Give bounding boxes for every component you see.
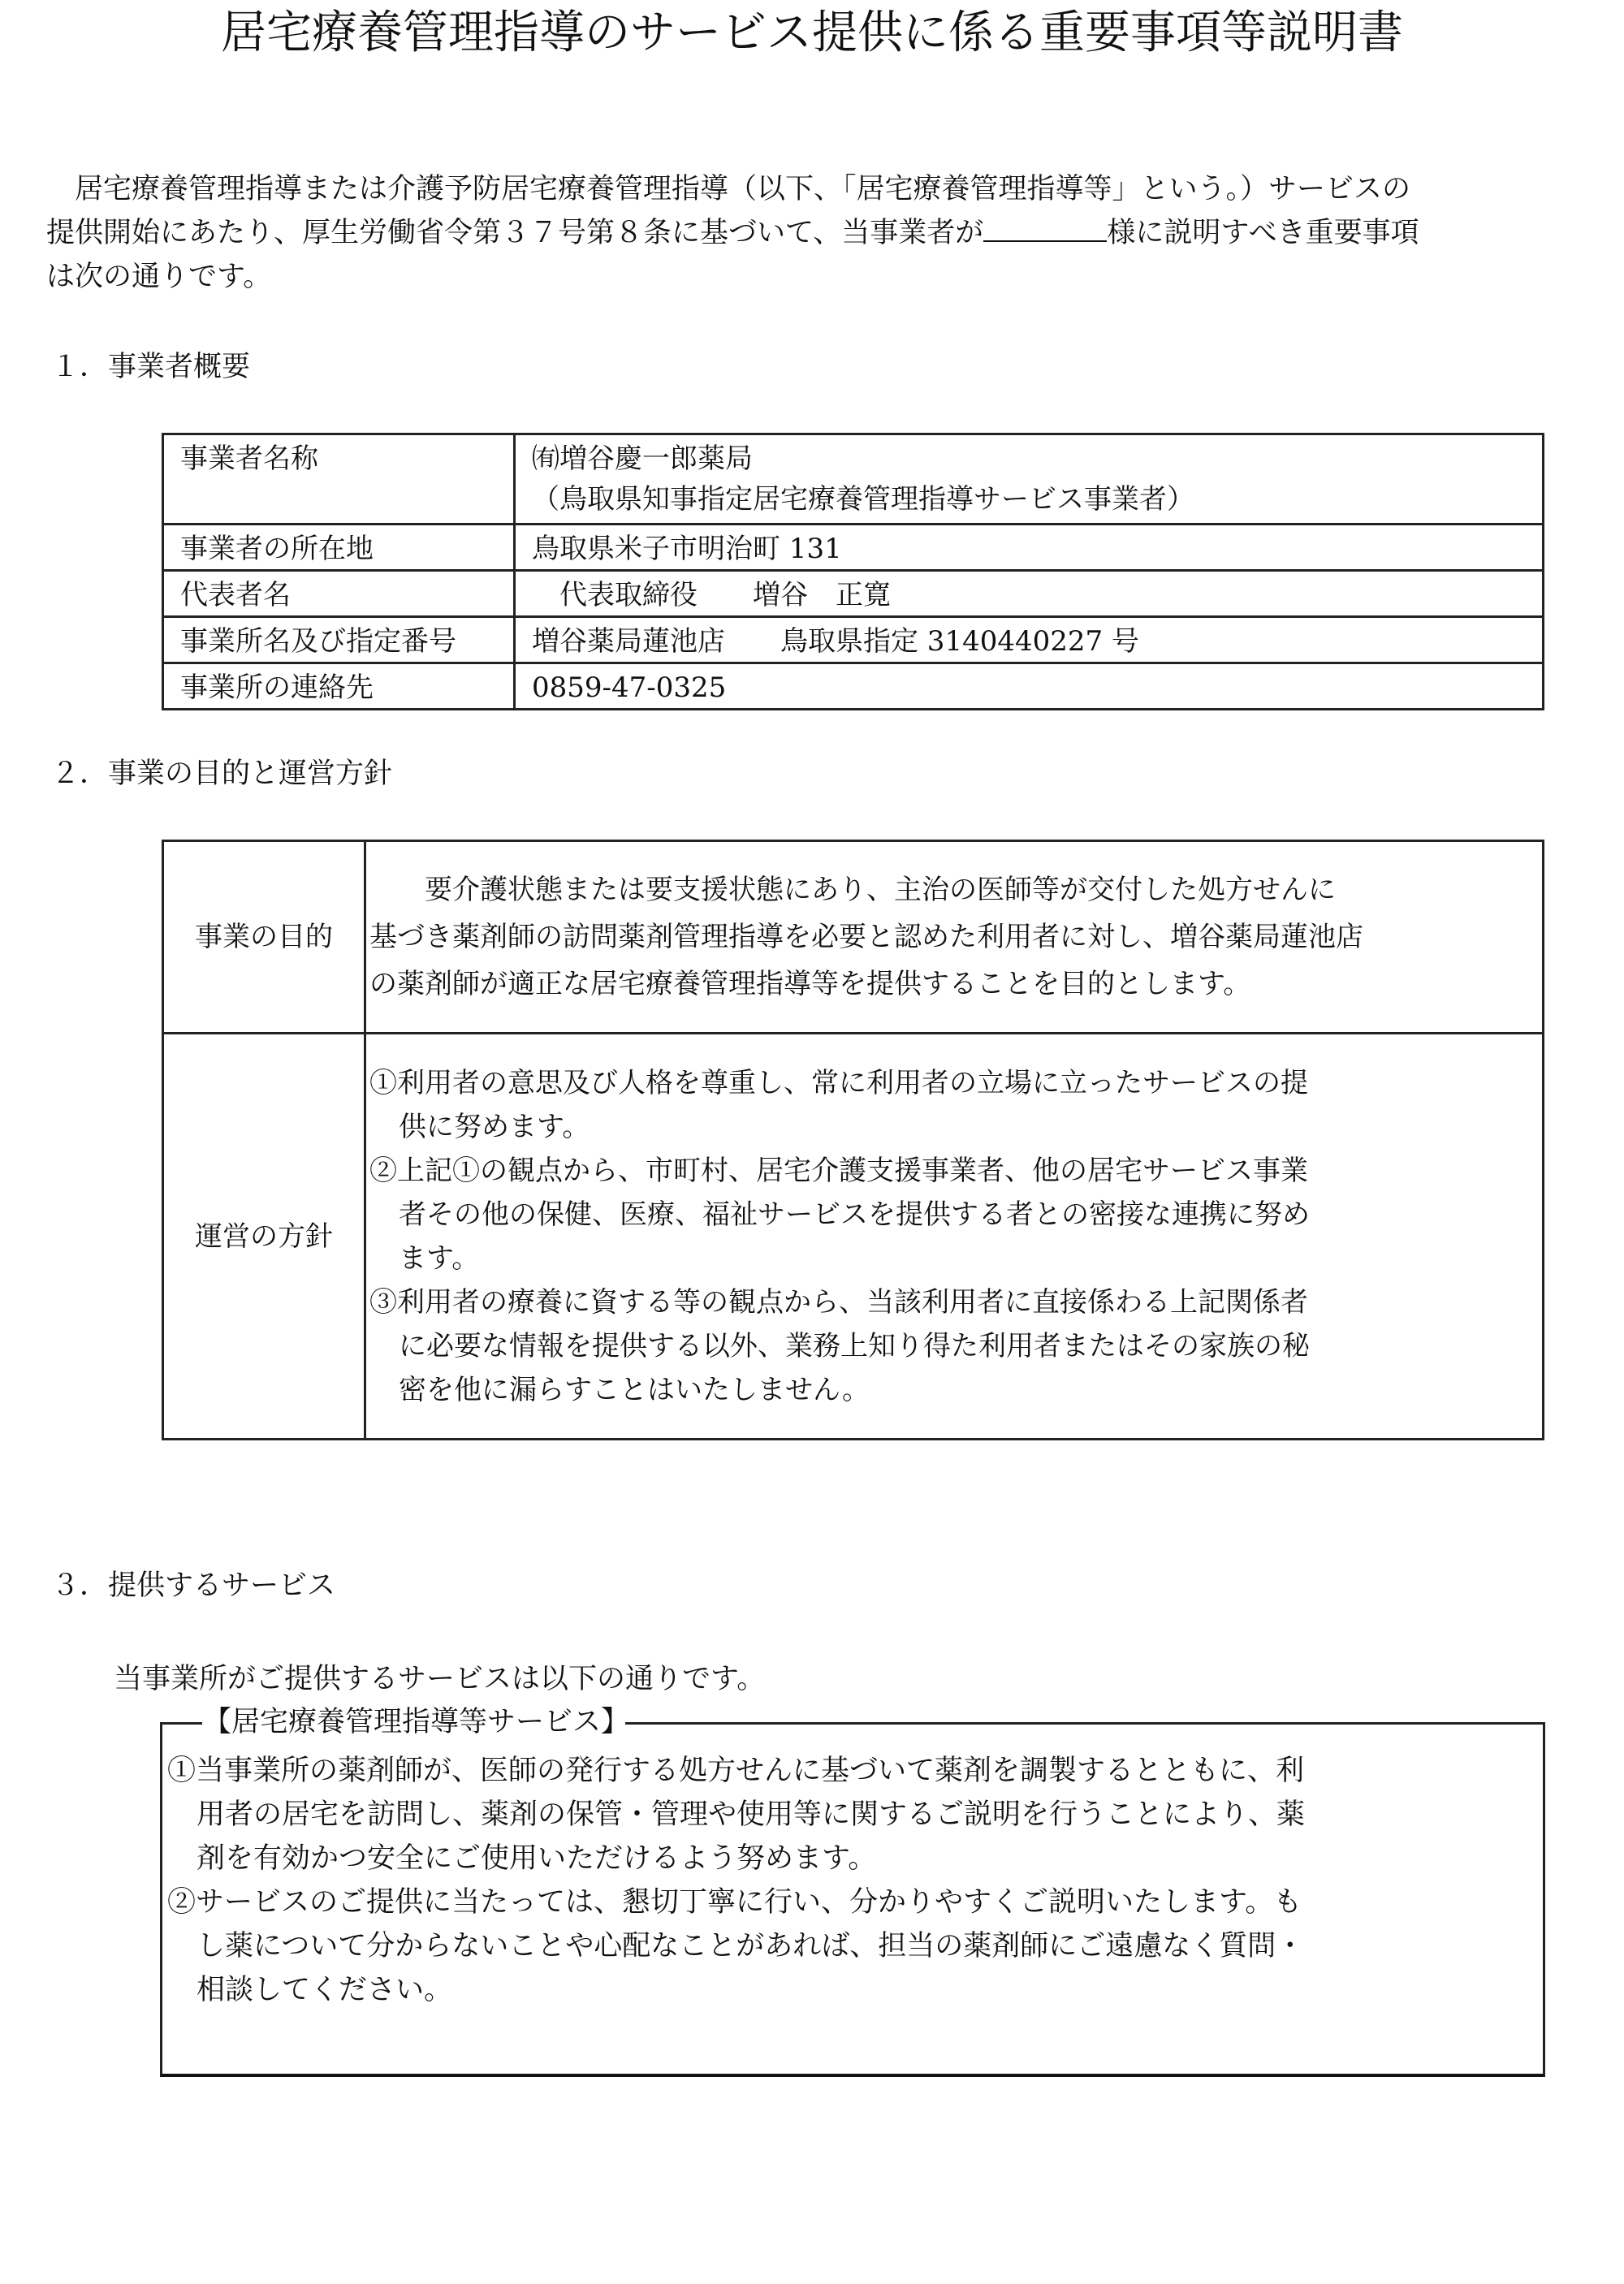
row-label: 事業者名称 [163,434,515,525]
service-item-1: ①当事業所の薬剤師が、医師の発行する処方せんに基づいて薬剤を調製するとともに、利… [167,1749,1531,1880]
section-3-intro: 当事業所がご提供するサービスは以下の通りです。 [114,1663,765,1695]
policy-label: 運営の方針 [163,1034,365,1440]
row-label: 事業者の所在地 [163,525,515,571]
service-box-body: ①当事業所の薬剤師が、医師の発行する処方せんに基づいて薬剤を調製するとともに、利… [167,1749,1531,2012]
policy-item-3: ③利用者の療養に資する等の観点から、当該利用者に直接係わる上記関係者 に必要な情… [369,1280,1534,1412]
row-value: ㈲増谷慶一郎薬局 （鳥取県知事指定居宅療養管理指導サービス事業者） [515,434,1544,525]
purpose-row: 事業の目的 要介護状態または要支援状態にあり、主治の医師等が交付した処方せんに … [163,841,1544,1034]
table-row: 事業所の連絡先 0859-47-0325 [163,663,1544,710]
box-border-top-right [625,1722,1545,1725]
row-value: 0859-47-0325 [515,663,1544,710]
policy-item-2: ②上記①の観点から、市町村、居宅介護支援事業者、他の居宅サービス事業 者その他の… [369,1149,1534,1280]
row-value: 増谷薬局蓮池店 鳥取県指定 3140440227 号 [515,617,1544,663]
purpose-policy-table: 事業の目的 要介護状態または要支援状態にあり、主治の医師等が交付した処方せんに … [162,840,1544,1440]
document-title: 居宅療養管理指導のサービス提供に係る重要事項等説明書 [0,5,1624,62]
intro-line-2: 提供開始にあたり、厚生労働省令第３７号第８条に基づいて、当事業者が様に説明すべき… [46,211,1581,255]
table-row: 事業者の所在地 鳥取県米子市明治町 131 [163,525,1544,571]
row-label: 事業所名及び指定番号 [163,617,515,663]
intro-paragraph: 居宅療養管理指導または介護予防居宅療養管理指導（以下、「居宅療養管理指導等」とい… [46,167,1581,299]
table-row: 事業者名称 ㈲増谷慶一郎薬局 （鳥取県知事指定居宅療養管理指導サービス事業者） [163,434,1544,525]
policy-list: ①利用者の意思及び人格を尊重し、常に利用者の立場に立ったサービスの提 供に努めま… [365,1034,1544,1440]
row-label: 代表者名 [163,571,515,617]
purpose-label: 事業の目的 [163,841,365,1034]
section-1-heading: １．事業者概要 [51,351,250,383]
service-box-label: 【居宅療養管理指導等サービス】 [203,1703,629,1742]
policy-row: 運営の方針 ①利用者の意思及び人格を尊重し、常に利用者の立場に立ったサービスの提… [163,1034,1544,1440]
row-label: 事業所の連絡先 [163,663,515,710]
row-value: 代表取締役 増谷 正寛 [515,571,1544,617]
customer-name-blank[interactable] [983,216,1107,242]
table-row: 代表者名 代表取締役 増谷 正寛 [163,571,1544,617]
intro-line-3: は次の通りです。 [46,255,1581,299]
business-overview-table: 事業者名称 ㈲増谷慶一郎薬局 （鳥取県知事指定居宅療養管理指導サービス事業者） … [162,433,1544,710]
section-3-heading: ３．提供するサービス [51,1569,335,1602]
purpose-text: 要介護状態または要支援状態にあり、主治の医師等が交付した処方せんに 基づき薬剤師… [365,841,1544,1034]
intro-line-1: 居宅療養管理指導または介護予防居宅療養管理指導（以下、「居宅療養管理指導等」とい… [46,167,1581,211]
row-value: 鳥取県米子市明治町 131 [515,525,1544,571]
box-border-top-left [160,1722,202,1725]
section-2-heading: ２．事業の目的と運営方針 [51,758,392,790]
policy-item-1: ①利用者の意思及び人格を尊重し、常に利用者の立場に立ったサービスの提 供に努めま… [369,1061,1534,1149]
table-row: 事業所名及び指定番号 増谷薬局蓮池店 鳥取県指定 3140440227 号 [163,617,1544,663]
service-item-2: ②サービスのご提供に当たっては、懇切丁寧に行い、分かりやすくご説明いたします。も… [167,1880,1531,2012]
